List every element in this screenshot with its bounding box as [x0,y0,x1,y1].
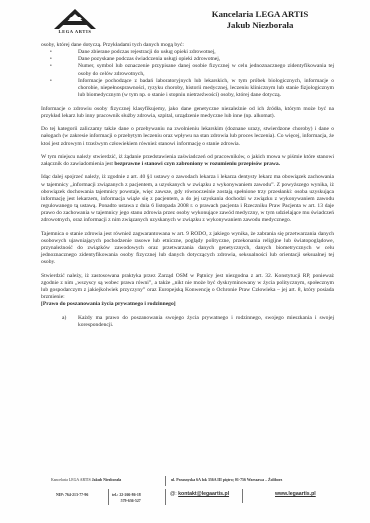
health-data-list: Dane zbierane podczas rejestracji do usł… [41,49,334,99]
paragraph-medical-secrecy: Idąc dalej spojrzeć należy, iż zgodnie z… [41,174,334,224]
article-heading: [Prawo do poszanowania życia prywatnego … [41,301,334,308]
list-item: Informacje pochodzące z badań laboratory… [41,78,334,99]
firm-name-line2: Jakub Niezborała [195,20,325,31]
letter-body: osoby, której dane dotyczą. Przykładami … [41,42,334,335]
firm-name-line1: Kancelaria LEGA ARTIS [195,9,325,20]
firm-name: Kancelaria LEGA ARTIS Jakub Niezborała [195,9,325,31]
paragraph-classification: Informacje o zdrowiu osoby fizycznej kla… [41,106,334,120]
footer-email: @: kontakt@legaartis.pl [170,491,229,497]
footer-firm-owner: Jakub Niezborała [92,478,122,482]
divider [242,489,243,503]
logo: LEGA ARTIS [45,8,105,36]
paragraph-category: Do tej kategorii zaliczamy także dane o … [41,126,334,147]
footer-firm-name: Kancelaria LEGA ARTIS [51,478,92,482]
intro-paragraph: osoby, której dane dotyczą. Przykładami … [41,42,334,49]
website-link[interactable]: www.legaartis.pl [275,491,316,497]
lega-artis-logo-icon [53,8,97,30]
logo-text: LEGA ARTIS [45,29,105,34]
footer-nip: NIP: 764-213-77-96 [56,493,88,497]
document-page: LEGA ARTIS Kancelaria LEGA ARTIS Jakub N… [0,0,370,523]
paragraph-unlawful-emphasis: bezprawne i stanowi czyn zabroniony w ro… [114,161,280,167]
item-marker: a) [62,315,66,322]
phone-2: 579-636-527 [112,498,141,504]
item-text: Każdy ma prawo do poszanowania swojego ż… [78,315,334,328]
email-link[interactable]: kontakt@legaartis.pl [178,491,229,497]
footer-phones: tel.: 22-266-86-18 579-636-527 [112,492,141,504]
footer-address: ul. Przasnyska 6A lok 336A III piętro; 0… [171,478,282,482]
list-item: Dane zbierane podczas rejestracji do usł… [41,49,334,56]
list-item: Numer, symbol lub oznaczenie przypisane … [41,63,334,77]
paragraph-constitution: Stwierdzić należy, iż zastosowana prakty… [41,273,334,302]
divider [165,489,166,505]
letterhead: LEGA ARTIS Kancelaria LEGA ARTIS Jakub N… [0,0,370,40]
paragraph-rodo: Tajemnica o stanie zdrowia jest również … [41,231,334,267]
email-prefix: @: [170,491,178,497]
footer-firm: Kancelaria LEGA ARTIS Jakub Niezborała [51,478,121,482]
divider [108,489,109,505]
letter-footer: Kancelaria LEGA ARTIS Jakub Niezborała u… [0,473,370,513]
article-item-a: a) Każdy ma prawo do poszanowania swojeg… [41,315,334,329]
divider [165,476,166,486]
paragraph-unlawful: W tym miejscu należy stwierdzić, iż żąda… [41,154,334,168]
